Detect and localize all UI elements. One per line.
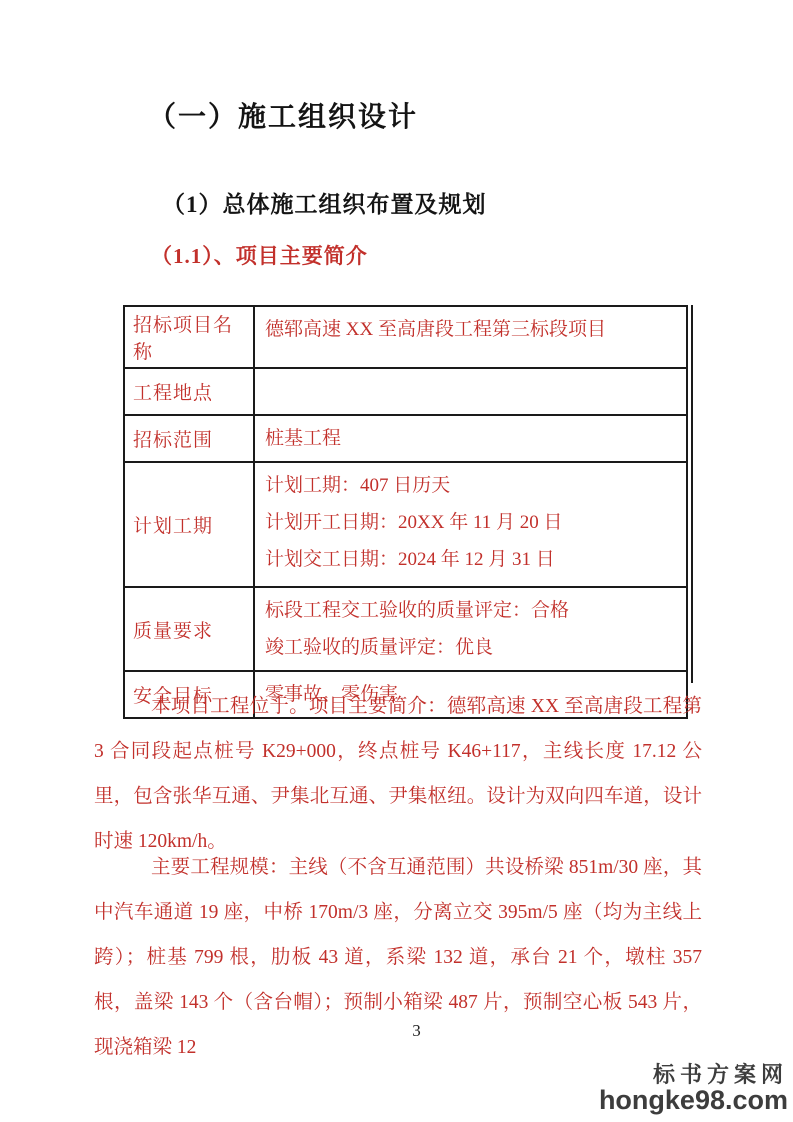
row-value-line: 计划交工日期：2024 年 12 月 31 日 [265,541,676,578]
section-heading-level3-red: （1.1）、项目主要简介 [151,240,368,270]
row-label: 招标范围 [124,415,254,462]
row-label: 招标项目名称 [124,306,254,368]
section-heading-level2: （1）总体施工组织布置及规划 [162,186,487,219]
row-value-line: 计划开工日期：20XX 年 11 月 20 日 [265,504,676,541]
table-row: 质量要求 标段工程交工验收的质量评定：合格 竣工验收的质量评定：优良 [124,587,687,671]
document-page: （一）施工组织设计 （1）总体施工组织布置及规划 （1.1）、项目主要简介 招标… [0,0,793,1122]
row-value-line: 桩基工程 [265,420,676,457]
row-value-line: 计划工期：407 日历天 [265,467,676,504]
table-row: 招标范围 桩基工程 [124,415,687,462]
row-value: 桩基工程 [254,415,687,462]
watermark: 标书方案网 hongke98.com [599,1063,788,1114]
watermark-site-url: hongke98.com [599,1086,788,1114]
project-info-table: 招标项目名称 德郓高速 XX 至高唐段工程第三标段项目 工程地点 招标范围 桩基… [123,305,688,719]
row-label: 质量要求 [124,587,254,671]
page-number: 3 [0,1021,793,1041]
row-value-line: 德郓高速 XX 至高唐段工程第三标段项目 [265,311,676,348]
row-value: 德郓高速 XX 至高唐段工程第三标段项目 [254,306,687,368]
section-heading-level1: （一）施工组织设计 [148,95,418,135]
row-value-line: 标段工程交工验收的质量评定：合格 [265,592,676,629]
row-label: 计划工期 [124,462,254,587]
table-right-double-border-line [691,305,693,683]
table-row: 招标项目名称 德郓高速 XX 至高唐段工程第三标段项目 [124,306,687,368]
row-value [254,368,687,415]
row-value: 标段工程交工验收的质量评定：合格 竣工验收的质量评定：优良 [254,587,687,671]
body-paragraph-project-intro: 本项目工程位于。项目主要简介：德郓高速 XX 至高唐段工程第 3 合同段起点桩号… [94,684,702,864]
watermark-site-name: 标书方案网 [599,1063,788,1086]
row-label: 工程地点 [124,368,254,415]
row-value-line: 竣工验收的质量评定：优良 [265,629,676,666]
row-value: 计划工期：407 日历天 计划开工日期：20XX 年 11 月 20 日 计划交… [254,462,687,587]
table-row: 计划工期 计划工期：407 日历天 计划开工日期：20XX 年 11 月 20 … [124,462,687,587]
table-row: 工程地点 [124,368,687,415]
row-value-line [265,373,676,410]
